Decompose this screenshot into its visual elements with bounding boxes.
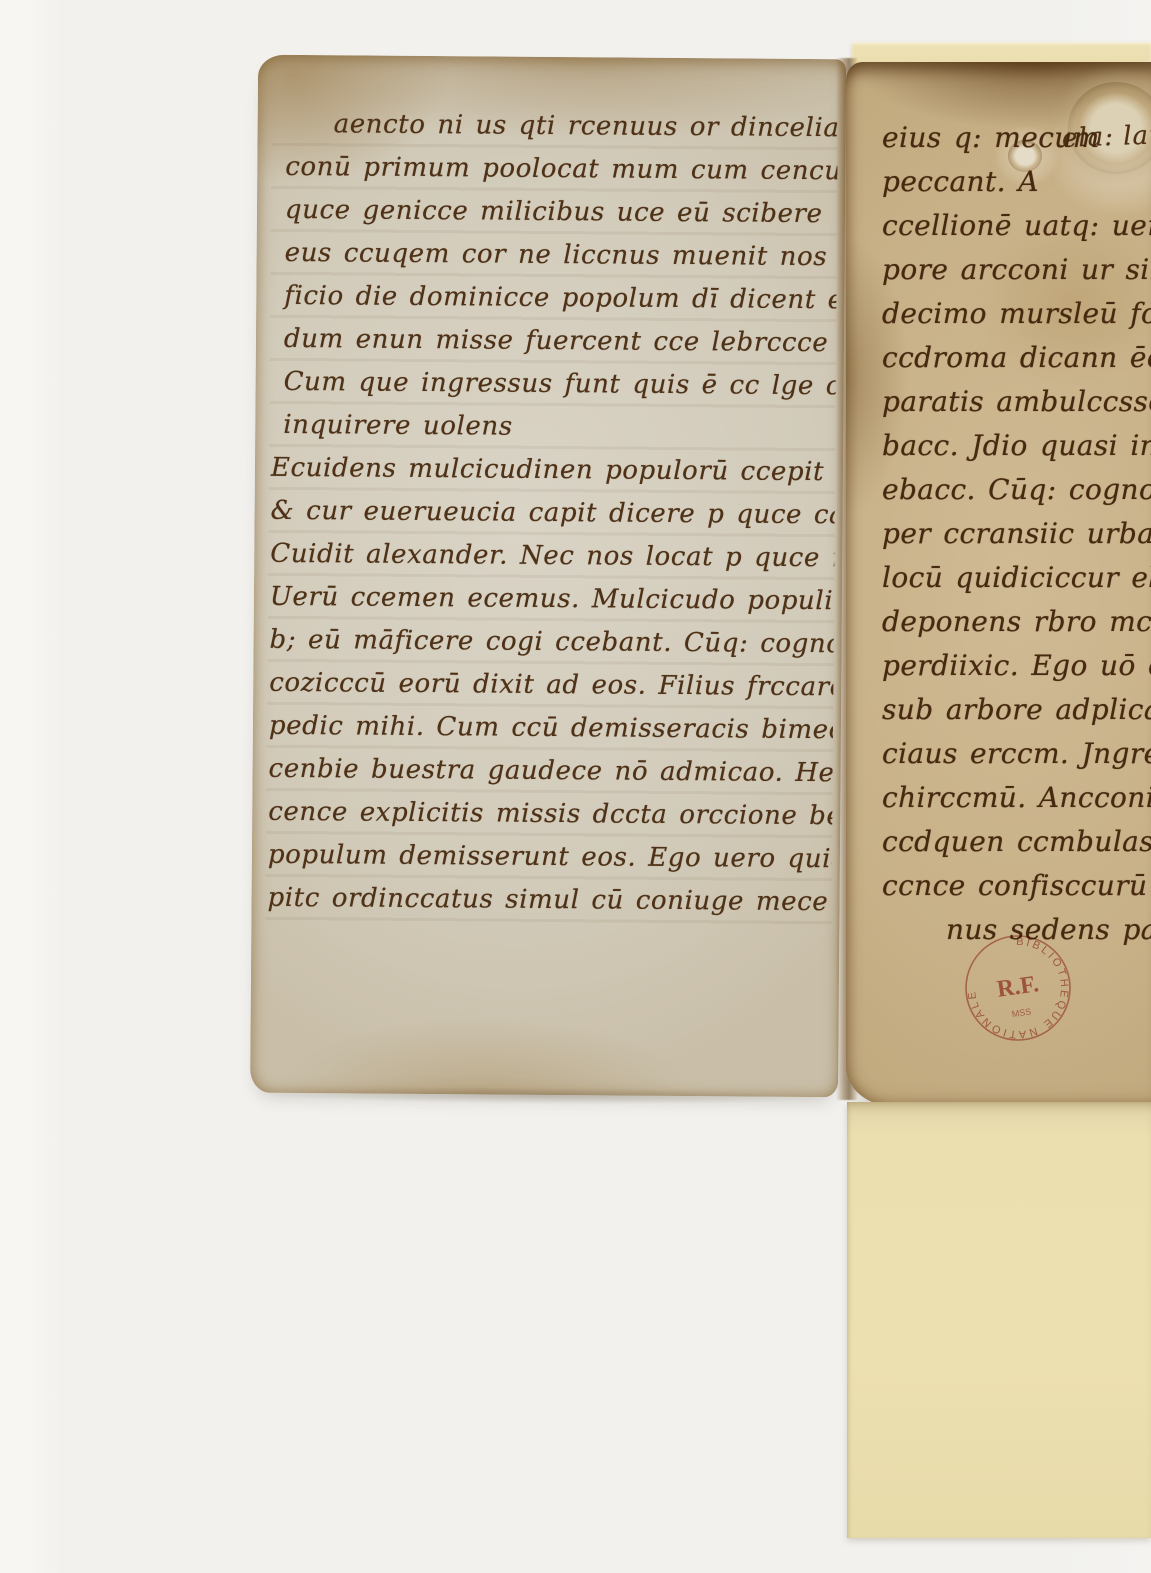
manuscript-line: eus ccuqem cor ne liccnus muenit nos in … (270, 232, 836, 279)
manuscript-line: b; eū māficere cogi ccebant. Cūq: cognou… (267, 619, 833, 666)
manuscript-line: perdiixic. Ego uō cūc (876, 644, 1151, 688)
manuscript-line: conū primum poolocat mum cum cencum quin (271, 146, 837, 193)
manuscript-line: bacc. Jdio quasi in cccc (876, 424, 1151, 468)
manuscript-line: cozicccū eorū dixit ad eos. Filius frcca… (267, 662, 833, 709)
manuscript-line: locū quidiciccur elinus (876, 556, 1151, 600)
stamp-center-text: R.F. (995, 971, 1040, 1003)
right-page-text-block: eius q: mecum peccant. A ccellionē uatq:… (876, 116, 1151, 968)
manuscript-line: ciaus erccm. Jngressi (876, 732, 1151, 776)
manuscript-line: quce genicce milicibus uce eū scibere Ue… (271, 189, 837, 236)
manuscript-photo: aencto ni us qti rcenuus or dincelia cor… (0, 0, 1151, 1573)
manuscript-line: ficio die dominicce popolum dī dicent es… (270, 275, 836, 322)
manuscript-line: ccdroma dicann ēcor (876, 336, 1151, 380)
manuscript-line: ebacc. Cūq: cognouiss (876, 468, 1151, 512)
manuscript-line: deponens rbro mccni (876, 600, 1151, 644)
manuscript-line: eius q: mecum (876, 116, 1151, 160)
manuscript-line: per ccransiic urban (876, 512, 1151, 556)
manuscript-line: pore arcconi ur sibiu (876, 248, 1151, 292)
stamp-bottom-text: MSS (1011, 1006, 1032, 1019)
manuscript-line: ccdquen ccmbulasti. Co (876, 820, 1151, 864)
manuscript-line: paratis ambulccsse. Ju (876, 380, 1151, 424)
mount-paper-bottom (847, 1102, 1151, 1538)
manuscript-line: sub arbore adplicana (876, 688, 1151, 732)
manuscript-line: cenbie buestra gaudece nō admicao. Hec e… (266, 748, 832, 795)
manuscript-line: chirccmū. Ancconiu (876, 776, 1151, 820)
manuscript-line: dum enun misse fuercent cce lebrccce (270, 318, 836, 365)
manuscript-line: inquirere uolens (269, 404, 835, 451)
manuscript-line: Uerū ccemen ecemus. Mulcicudo populi lcc… (268, 576, 834, 623)
manuscript-line: Cum que ingressus funt quis ē cc lge cen… (269, 361, 835, 408)
left-page-text-block: aencto ni us qti rcenuus or dincelia cor… (265, 103, 838, 947)
manuscript-line: aencto ni us qti rcenuus or dincelia cor… (271, 103, 837, 150)
manuscript-line: Cuidit alexander. Nec nos locat p quce r… (268, 533, 834, 580)
manuscript-line: & cur euerueucia capit dicere p quce cau… (268, 490, 834, 537)
manuscript-line: populum demisserunt eos. Ego uero quia b… (266, 834, 832, 881)
manuscript-line: decimo mursleū fcebr (876, 292, 1151, 336)
manuscript-line: peccant. A (876, 160, 1151, 204)
manuscript-line: ccnce confisccurū reb (876, 864, 1151, 908)
library-stamp: BIBLIOTHEQUE NATIONALE R.F. MSS (952, 922, 1083, 1053)
manuscript-line: pitc ordinccatus simul cū coniuge mece s… (265, 877, 831, 924)
manuscript-line: ccellionē uatq: uenn (876, 204, 1151, 248)
manuscript-line: pedic mihi. Cum ccū demisseracis bimece … (267, 705, 833, 752)
manuscript-line: Ecuidens mulcicudinen populorū ccepit ci… (269, 447, 835, 494)
manuscript-line: cence explicitis missis dccta orccione b… (266, 791, 832, 838)
